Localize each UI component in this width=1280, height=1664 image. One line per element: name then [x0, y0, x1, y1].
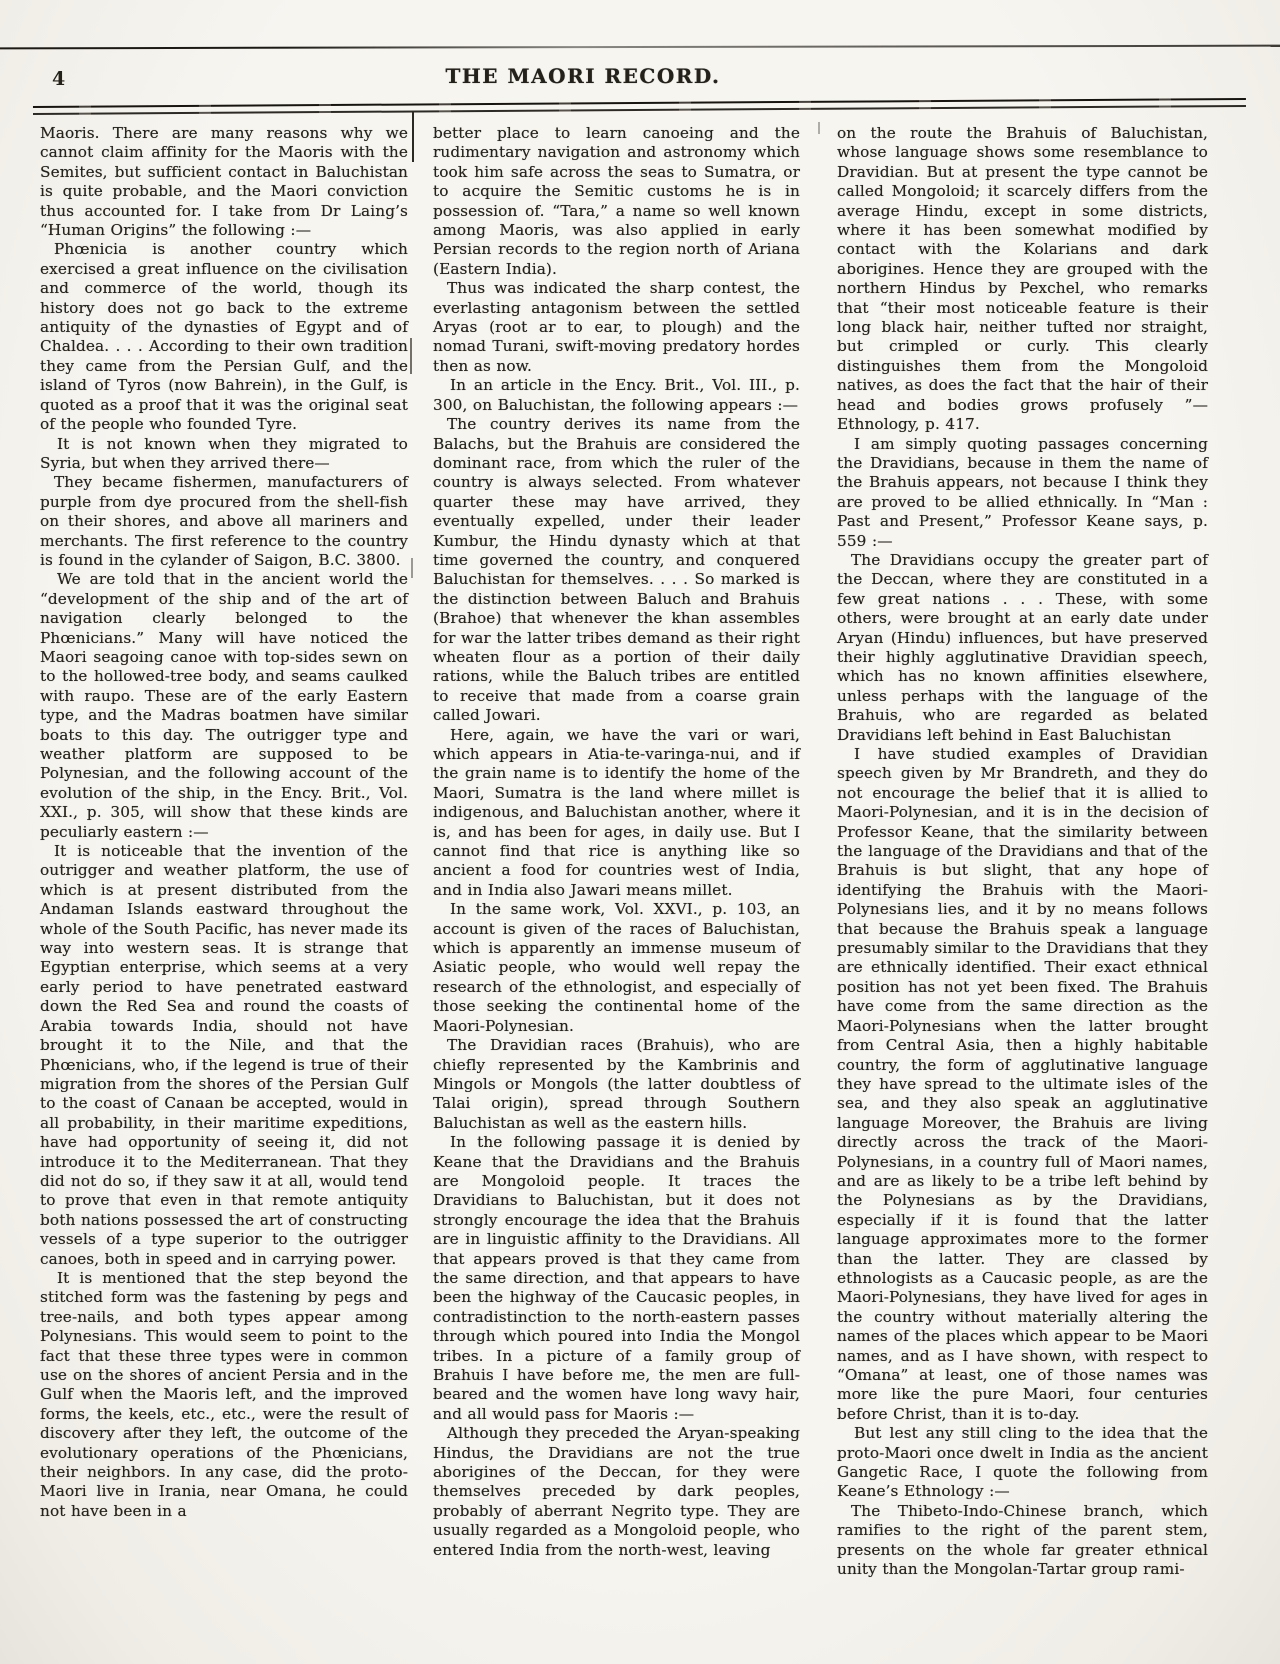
paragraph: But lest any still cling to the idea tha… — [837, 1424, 1208, 1502]
text-column-3: on the route the Brahuis of Baluchistan,… — [837, 124, 1208, 1579]
page-title: THE MAORI RECORD. — [0, 64, 1166, 88]
paragraph: It is not known when they migrated to Sy… — [40, 435, 408, 474]
quoted-paragraph: Phœnicia is another country which exerci… — [40, 240, 408, 434]
paragraph: I have studied examples of Dravidian spe… — [837, 745, 1208, 1424]
text-column-1: Maoris. There are many reasons why we ca… — [40, 124, 408, 1521]
top-edge-rule — [0, 45, 1280, 50]
text-column-2: better place to learn canoeing and the r… — [433, 124, 800, 1560]
article-columns: Maoris. There are many reasons why we ca… — [40, 124, 1248, 1579]
quoted-paragraph: The Thibeto-Indo-Chinese branch, which r… — [837, 1502, 1208, 1580]
header-double-rule — [33, 98, 1246, 120]
quoted-paragraph: on the route the Brahuis of Baluchistan,… — [837, 124, 1208, 435]
quoted-paragraph: Although they preceded the Aryan-speakin… — [433, 1424, 800, 1560]
paragraph: Maoris. There are many reasons why we ca… — [40, 124, 408, 240]
paragraph: In the following passage it is denied by… — [433, 1133, 800, 1424]
paragraph: I am simply quoting passages concerning … — [837, 435, 1208, 551]
paragraph: It is mentioned that the step beyond the… — [40, 1269, 408, 1521]
quoted-paragraph: It is noticeable that the invention of t… — [40, 842, 408, 1269]
quoted-paragraph: The country derives its name from the Ba… — [433, 415, 800, 726]
paragraph: better place to learn canoeing and the r… — [433, 124, 800, 279]
quoted-paragraph: The Dravidians occupy the greater part o… — [837, 551, 1208, 745]
quoted-paragraph: They became fishermen, manufacturers of … — [40, 473, 408, 570]
newspaper-page: 4 THE MAORI RECORD. Maoris. There are ma… — [0, 0, 1280, 1664]
quoted-paragraph: The Dravidian races (Brahuis), who are c… — [433, 1036, 800, 1133]
paragraph: Here, again, we have the vari or wari, w… — [433, 726, 800, 901]
paragraph: In an article in the Ency. Brit., Vol. I… — [433, 376, 800, 415]
quoted-paragraph: Thus was indicated the sharp contest, th… — [433, 279, 800, 376]
paragraph: In the same work, Vol. XXVI., p. 103, an… — [433, 900, 800, 1036]
paragraph: We are told that in the ancient world th… — [40, 570, 408, 842]
